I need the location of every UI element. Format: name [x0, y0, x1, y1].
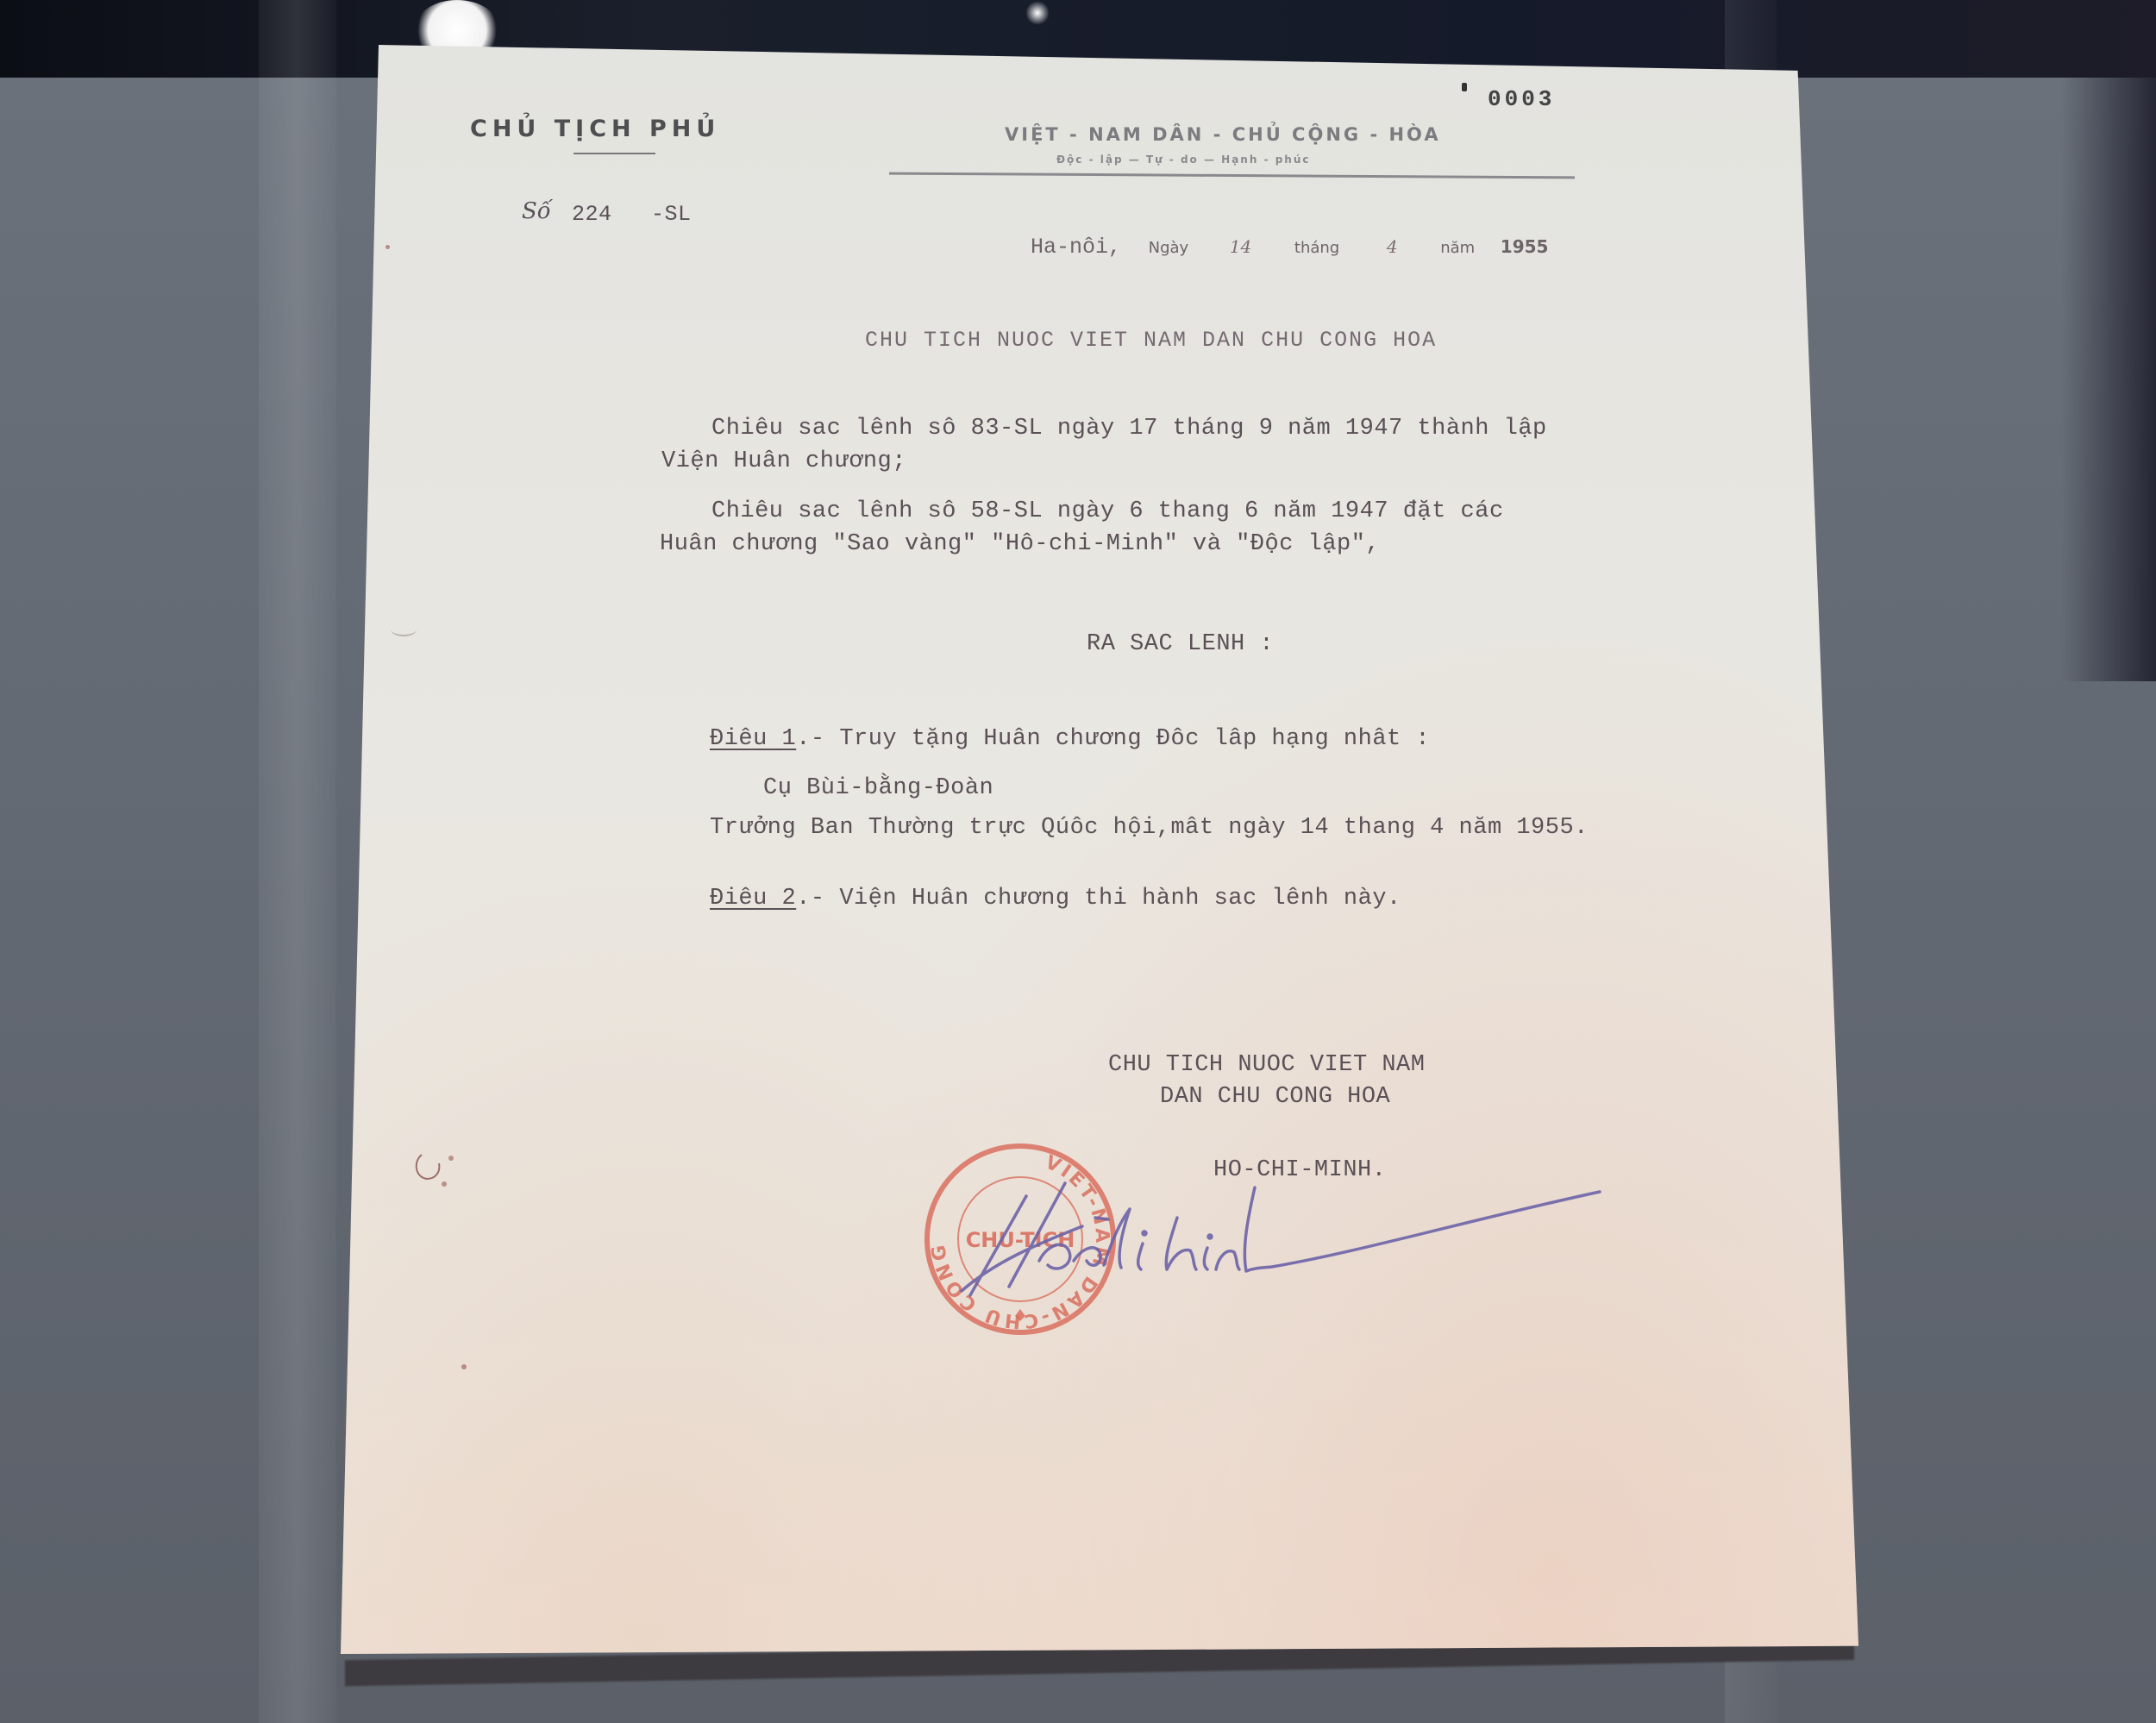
dateline: Ha-nôi, Ngày 14 tháng 4 năm 1955 [1031, 235, 1371, 260]
paper-crease [391, 623, 417, 636]
article-2-text: .- Viện Huân chương thi hành sac lênh nà… [796, 886, 1401, 912]
article-1-label: Điêu 1 [710, 726, 796, 752]
article-2-label: Điêu 2 [710, 886, 796, 912]
article-2: Điêu 2.- Viện Huân chương thi hành sac l… [710, 886, 1401, 912]
article-1-text: .- Truy tặng Huân chương Đôc lâp hạng nh… [796, 726, 1430, 752]
archive-number: 0003 [1488, 86, 1555, 112]
dateline-day: 14 [1230, 236, 1251, 257]
glass-reflection-left [259, 0, 336, 1723]
reference-prefix: Số [522, 198, 551, 224]
case-shadow [2061, 78, 2156, 681]
reference-number: 224 [572, 202, 612, 227]
signature-title-line-1: CHU TICH NUOC VIET NAM [1108, 1052, 1425, 1078]
reference-suffix: -SL [651, 202, 692, 227]
light-reflection-small [1026, 0, 1049, 26]
dateline-month-label: tháng [1294, 239, 1339, 257]
preamble-2-line-1: Chiêu sac lênh sô 58-SL ngày 6 thang 6 n… [711, 498, 1504, 524]
letterhead-country: VIỆT - NAM DÂN - CHỦ CỘNG - HÒA [1005, 124, 1441, 145]
signature-title-line-2: DAN CHU CONG HOA [1160, 1084, 1390, 1110]
dateline-place: Ha-nôi, [1031, 235, 1121, 260]
paper-speck [461, 1364, 467, 1369]
letterhead-rule [889, 172, 1575, 179]
decree-heading: RA SAC LENH : [1087, 631, 1274, 657]
letterhead-motto: Độc - lập — Tự - do — Hạnh - phúc [1056, 154, 1311, 166]
archive-mark [1462, 83, 1467, 91]
issuer-title: CHU TICH NUOC VIET NAM DAN CHU CONG HOA [865, 328, 1437, 353]
decree-document: 0003 CHỦ TỊCH PHỦ VIỆT - NAM DÂN - CHỦ C… [341, 45, 1858, 1654]
signed-name: HO-CHI-MINH. [1213, 1157, 1386, 1183]
dateline-year-label: năm [1440, 239, 1475, 257]
preamble-1-line-1: Chiêu sac lênh sô 83-SL ngày 17 tháng 9 … [711, 416, 1547, 442]
article-1: Điêu 1.- Truy tặng Huân chương Đôc lâp h… [710, 726, 1430, 752]
dateline-month: 4 [1387, 236, 1398, 257]
preamble-2-line-2: Huân chương "Sao vàng" "Hô-chi-Minh" và … [660, 531, 1380, 557]
dateline-year: 1955 [1501, 236, 1549, 257]
letterhead-office: CHỦ TỊCH PHỦ [470, 116, 720, 142]
office-underline [573, 153, 655, 154]
binder-hole-mark [410, 1144, 479, 1205]
preamble-1-line-2: Viện Huân chương; [661, 448, 906, 474]
article-1-recipient: Cụ Bùi-bằng-Đoàn [763, 775, 993, 801]
dateline-day-label: Ngày [1149, 239, 1189, 257]
article-1-recipient-detail: Trưởng Ban Thường trực Qúôc hội,mât ngày… [710, 815, 1589, 841]
paper-speck [385, 245, 390, 249]
